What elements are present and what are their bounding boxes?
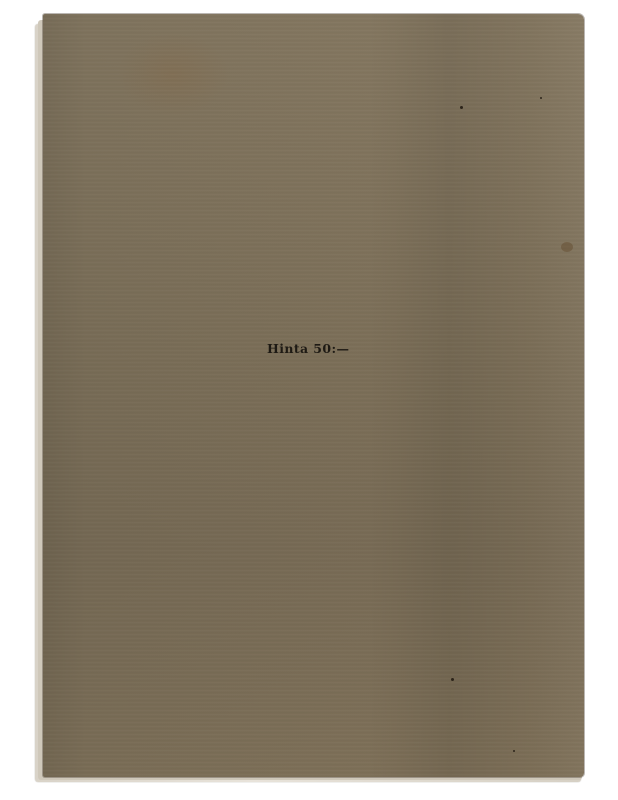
paper-speck (540, 97, 542, 99)
paper-stain (561, 242, 573, 252)
scan-background: Hinta 50:— (0, 0, 618, 800)
paper-speck (513, 750, 515, 752)
back-cover: Hinta 50:— (43, 14, 584, 777)
paper-speck (460, 106, 463, 109)
price-label: Hinta 50:— (267, 341, 349, 356)
paper-speck (451, 678, 454, 681)
